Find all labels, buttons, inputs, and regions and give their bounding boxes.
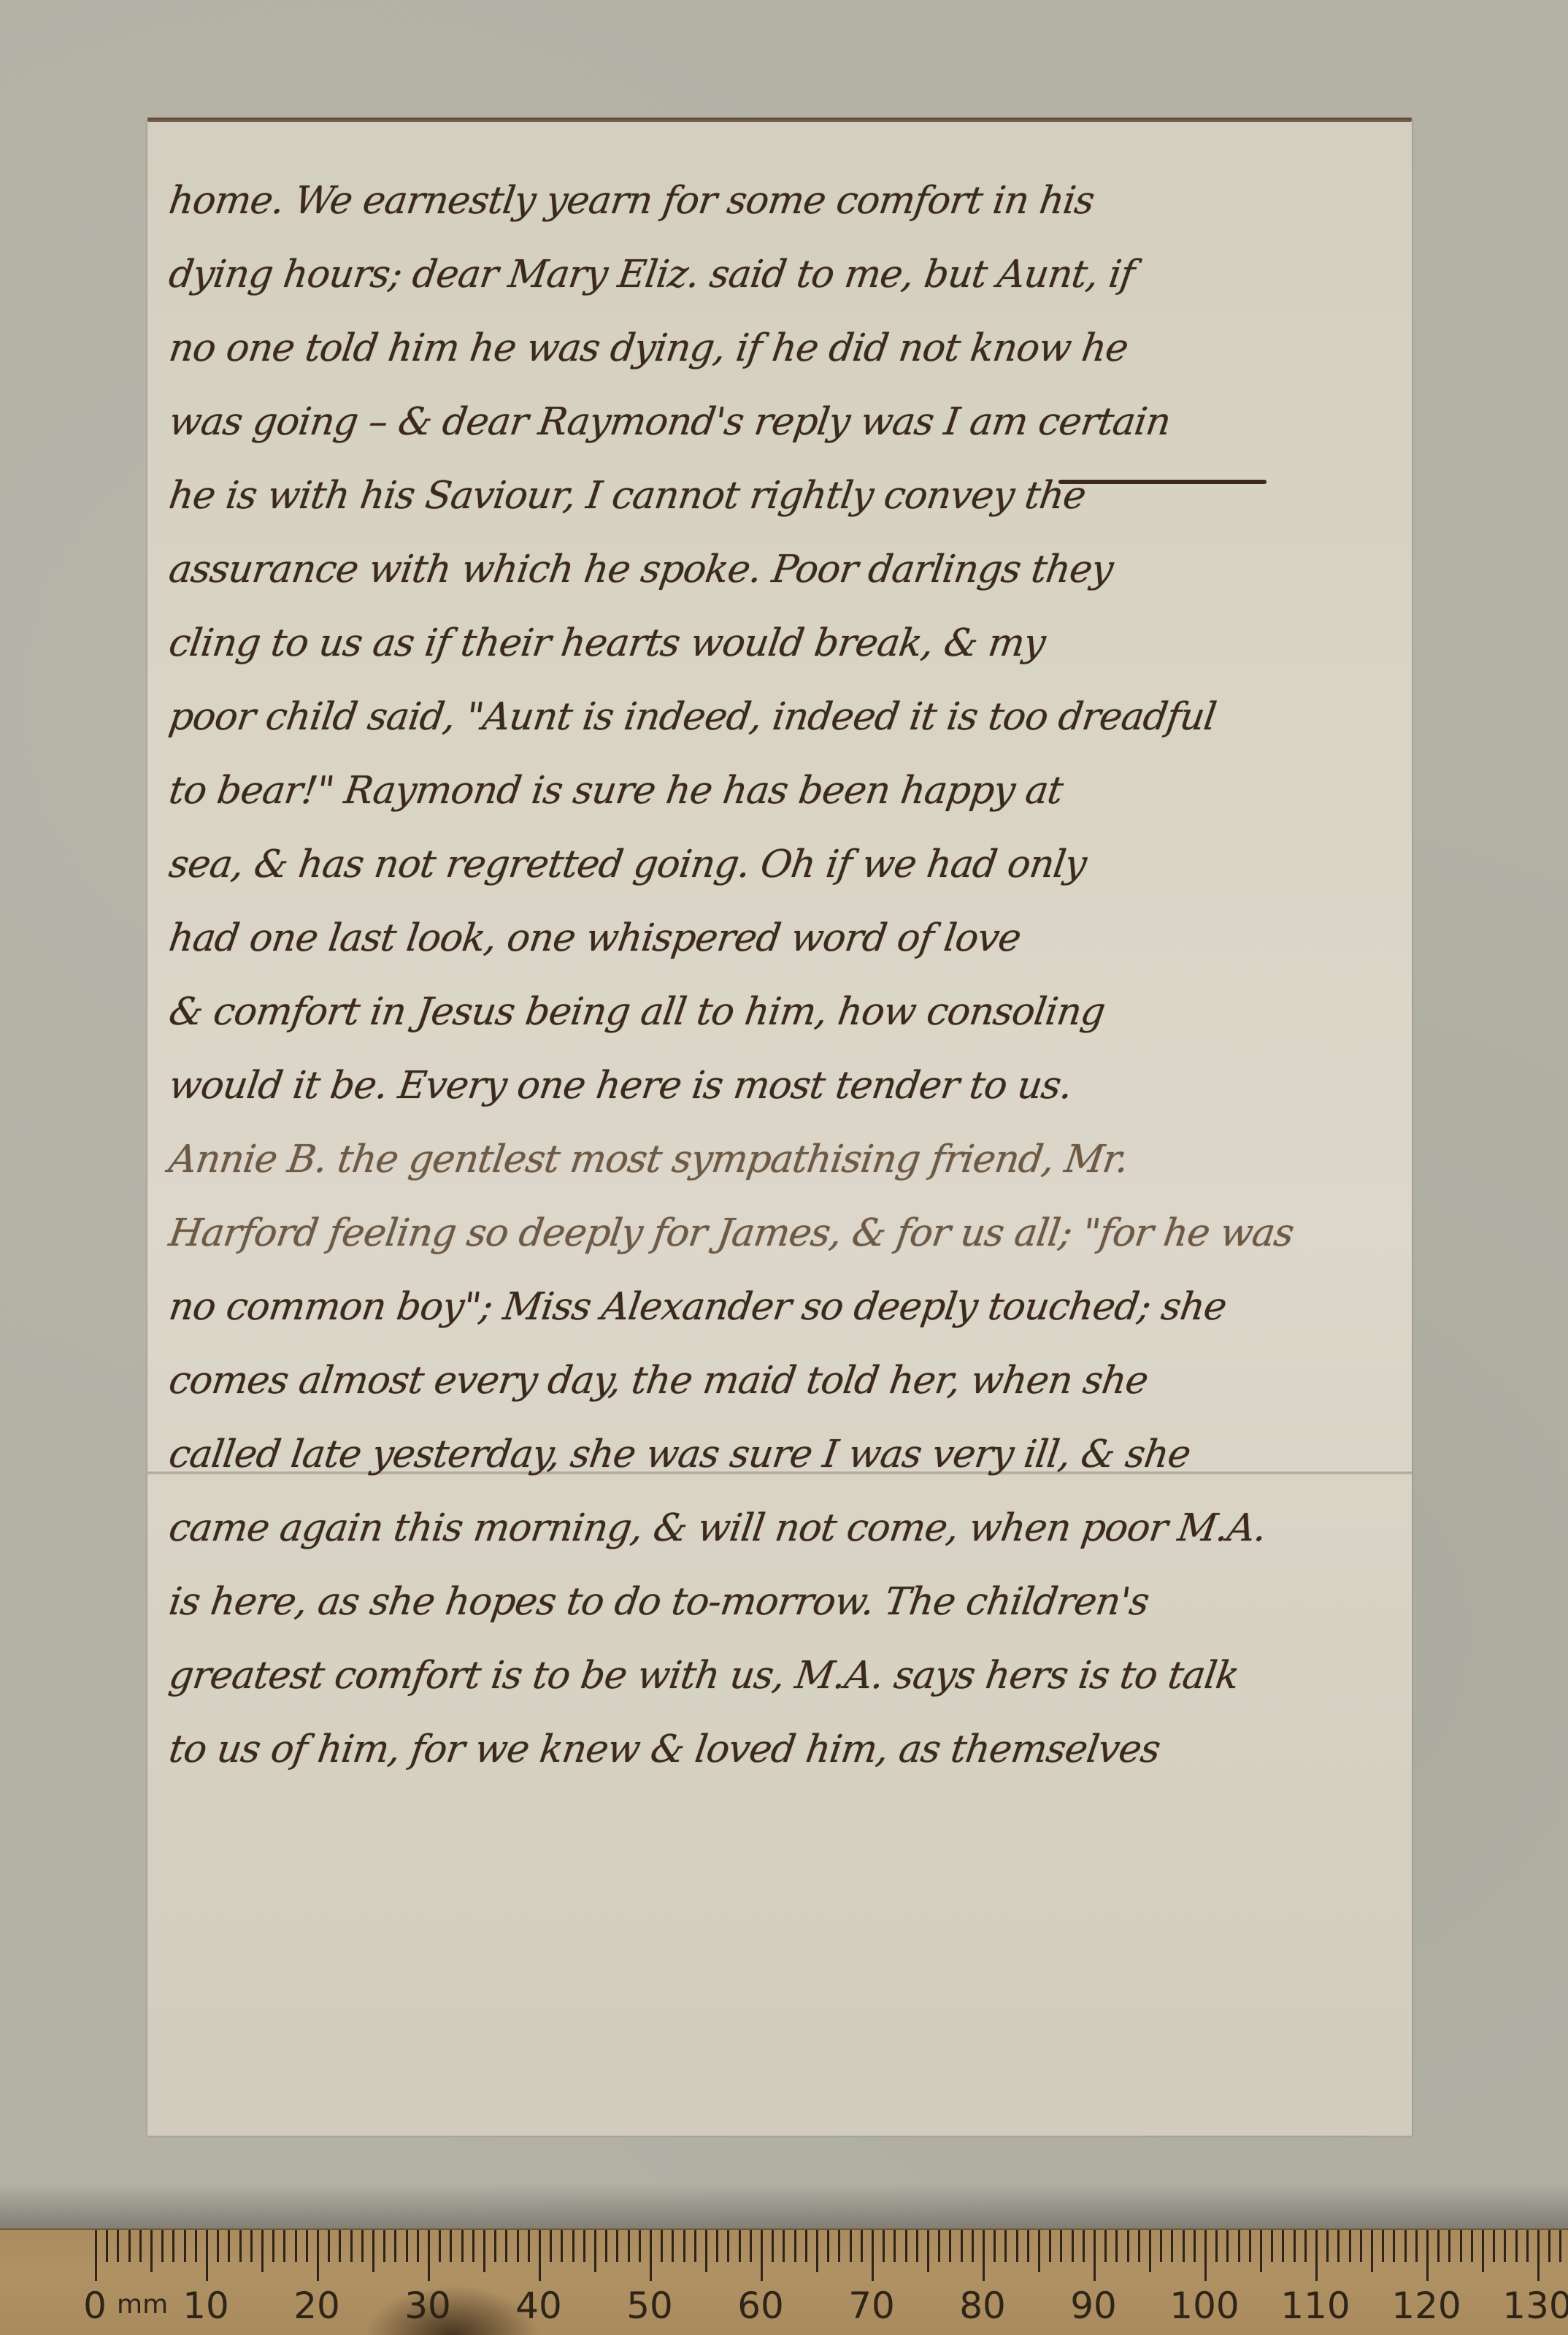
ruler-tick [1194,2230,1196,2262]
text-line-8: poor child said, "Aunt is indeed, indeed… [164,680,1401,754]
ruler-tick [1215,2230,1218,2262]
ruler-tick [106,2230,108,2262]
ruler-tick [1337,2230,1340,2262]
ruler-tick [261,2230,264,2272]
ruler-tick [1183,2230,1185,2262]
ruler-tick [494,2230,496,2262]
ruler-tick [961,2230,963,2262]
ruler-tick [1294,2230,1296,2262]
ruler-tick [295,2230,297,2262]
ruler-tick [1282,2230,1284,2262]
ruler-tick [1437,2230,1440,2262]
ruler-tick [1326,2230,1329,2262]
handwritten-text-block: home. We earnestly yearn for some comfor… [169,164,1396,1787]
ruler-label: 80 [959,2285,1006,2327]
ruler-tick [195,2230,197,2262]
ruler-tick [1149,2230,1151,2272]
ruler-label: 100 [1169,2285,1239,2327]
ruler-tick [228,2230,230,2262]
text-line-5: he is with his Saviour, I cannot rightly… [164,459,1401,533]
ruler-tick [716,2230,718,2262]
ruler-tick [1083,2230,1085,2262]
ruler-tick [705,2230,707,2272]
ruler-label: 110 [1280,2285,1350,2327]
ruler-tick [317,2230,319,2281]
ruler-tick [794,2230,796,2262]
ruler-tick [838,2230,840,2262]
ruler-tick [1204,2230,1207,2281]
ruler-tick [1349,2230,1351,2262]
text-line-9: to bear!" Raymond is sure he has been ha… [164,754,1401,828]
ruler-tick [650,2230,652,2281]
ruler-tick [1016,2230,1018,2262]
ruler-tick [594,2230,596,2272]
text-line-3: no one told him he was dying, if he did … [164,312,1401,386]
ruler-tick [283,2230,285,2262]
ruler-label: 20 [293,2285,340,2327]
ruler-tick [872,2230,874,2281]
ruler-tick [350,2230,353,2262]
ruler-tick [561,2230,563,2262]
finger-shadow [365,2285,540,2335]
ruler-tick [1504,2230,1506,2262]
ruler-tick [539,2230,541,2281]
ruler-tick [694,2230,696,2262]
ruler-tick [1371,2230,1373,2272]
text-line-10: sea, & has not regretted going. Oh if we… [164,828,1401,902]
text-line-2: dying hours; dear Mary Eliz. said to me,… [164,238,1401,312]
ruler-tick [639,2230,641,2262]
ruler-tick [949,2230,951,2262]
ruler-tick [1493,2230,1495,2262]
ruler-tick [816,2230,818,2272]
ruler-tick [1382,2230,1384,2262]
ruler-label: 50 [626,2285,673,2327]
ruler-tick [583,2230,585,2262]
ruler-tick [1393,2230,1395,2262]
ruler-tick [1027,2230,1029,2262]
ruler-tick [972,2230,974,2262]
text-line-15: Harford feeling so deeply for James, & f… [164,1197,1401,1270]
ruler-tick [1115,2230,1118,2262]
ruler-tick [1404,2230,1407,2262]
ruler-tick [184,2230,186,2262]
ruler-tick [439,2230,441,2262]
text-line-21: greatest comfort is to be with us, M.A. … [164,1639,1401,1713]
ruler-tick [850,2230,852,2262]
ruler-tick [1471,2230,1473,2262]
ruler-tick [1238,2230,1240,2262]
ruler-tick [783,2230,785,2262]
ruler-tick [1360,2230,1362,2262]
ruler-tick [661,2230,663,2262]
page-top-edge [147,118,1412,122]
ruler-tick [139,2230,142,2262]
ruler-tick [172,2230,174,2262]
ruler-tick [1526,2230,1529,2262]
text-line-17: comes almost every day, the maid told he… [164,1344,1401,1418]
ruler-tick [572,2230,574,2262]
ruler-tick [927,2230,929,2272]
ruler-tick [372,2230,374,2272]
ruler-tick [1049,2230,1051,2262]
ruler-tick [805,2230,807,2262]
ruler-tick [1226,2230,1229,2262]
ruler-tick [1138,2230,1140,2262]
ruler-tick [916,2230,918,2262]
ruler-tick [339,2230,341,2262]
ruler-tick [550,2230,552,2262]
ruler-tick [517,2230,519,2262]
ruler-tick [772,2230,774,2262]
ruler-label: 90 [1070,2285,1117,2327]
ruler-tick [883,2230,885,2262]
ruler-label: 60 [737,2285,784,2327]
text-line-6: assurance with which he spoke. Poor darl… [164,533,1401,607]
ruler-tick [1482,2230,1484,2272]
ruler-tick [727,2230,729,2262]
text-line-20: is here, as she hopes to do to-morrow. T… [164,1565,1401,1639]
ruler-tick [528,2230,530,2262]
ruler-tick [938,2230,940,2262]
ruler-tick [150,2230,153,2272]
text-line-13: would it be. Every one here is most tend… [164,1049,1401,1123]
ruler-tick [1271,2230,1273,2262]
ruler-tick [1260,2230,1262,2272]
ruler-tick [450,2230,452,2262]
ruler-tick [361,2230,364,2262]
underline-stroke [1058,480,1267,484]
ruler-tick [128,2230,131,2262]
ruler-tick [406,2230,408,2262]
ruler-tick [95,2230,97,2281]
ruler-tick [672,2230,674,2262]
letter-page: home. We earnestly yearn for some comfor… [147,120,1412,2136]
text-line-19: came again this morning, & will not come… [164,1492,1401,1565]
ruler-shadow [0,2183,1568,2228]
ruler-tick [1448,2230,1450,2262]
ruler-tick [893,2230,896,2262]
ruler-tick [1515,2230,1518,2262]
ruler-tick [1072,2230,1074,2262]
ruler-tick [1460,2230,1462,2262]
ruler-tick [1171,2230,1173,2262]
ruler-tick [1548,2230,1550,2262]
text-line-11: had one last look, one whispered word of… [164,902,1401,975]
text-line-12: & comfort in Jesus being all to him, how… [164,975,1401,1049]
text-line-16: no common boy"; Miss Alexander so deeply… [164,1270,1401,1344]
ruler-tick [417,2230,419,2262]
ruler-tick [1415,2230,1418,2262]
ruler-label: 120 [1391,2285,1461,2327]
ruler-tick [1038,2230,1040,2272]
ruler-tick [1094,2230,1096,2281]
ruler-tick [1537,2230,1540,2281]
ruler-tick [483,2230,485,2272]
ruler-tick [616,2230,618,2262]
ruler-tick [605,2230,607,2262]
ruler-tick [750,2230,752,2262]
ruler-tick [428,2230,430,2281]
ruler-tick [394,2230,396,2262]
ruler-tick [761,2230,763,2281]
ruler-tick [328,2230,330,2262]
ruler-tick [1559,2230,1561,2262]
ruler-unit-label: mm [117,2290,168,2320]
ruler-label: 70 [848,2285,895,2327]
ruler-tick [1160,2230,1162,2262]
ruler-label: 10 [182,2285,229,2327]
ruler-tick [505,2230,507,2262]
ruler-tick [1426,2230,1429,2281]
text-line-14: Annie B. the gentlest most sympathising … [164,1123,1401,1197]
ruler-tick [905,2230,907,2262]
measurement-ruler: mm 0102030405060708090100110120130 [0,2228,1568,2335]
ruler-tick [683,2230,685,2262]
ruler-tick [272,2230,274,2262]
ruler-tick [1060,2230,1062,2262]
ruler-tick [1004,2230,1007,2262]
ruler-tick [1104,2230,1107,2262]
text-line-7: cling to us as if their hearts would bre… [164,607,1401,680]
ruler-tick [1249,2230,1251,2262]
ruler-tick [239,2230,242,2262]
ruler-tick [250,2230,253,2262]
ruler-tick [472,2230,474,2262]
ruler-tick [1304,2230,1307,2262]
ruler-label: 0 [83,2285,107,2327]
ruler-tick [983,2230,985,2281]
text-line-22: to us of him, for we knew & loved him, a… [164,1713,1401,1787]
text-line-4: was going – & dear Raymond's reply was I… [164,386,1401,459]
ruler-tick [206,2230,208,2281]
ruler-tick [383,2230,385,2262]
ruler-tick [161,2230,164,2262]
ruler-tick [994,2230,996,2262]
text-line-18: called late yesterday, she was sure I wa… [164,1418,1401,1492]
ruler-tick [827,2230,829,2262]
ruler-tick [217,2230,219,2262]
ruler-tick [306,2230,308,2262]
ruler-tick [1315,2230,1318,2281]
text-line-1: home. We earnestly yearn for some comfor… [164,164,1401,238]
ruler-tick [117,2230,119,2262]
ruler-tick [739,2230,741,2262]
ruler-tick [861,2230,863,2262]
ruler-tick [1127,2230,1129,2262]
ruler-tick [461,2230,464,2262]
ruler-tick [628,2230,630,2262]
ruler-label: 130 [1502,2285,1568,2327]
